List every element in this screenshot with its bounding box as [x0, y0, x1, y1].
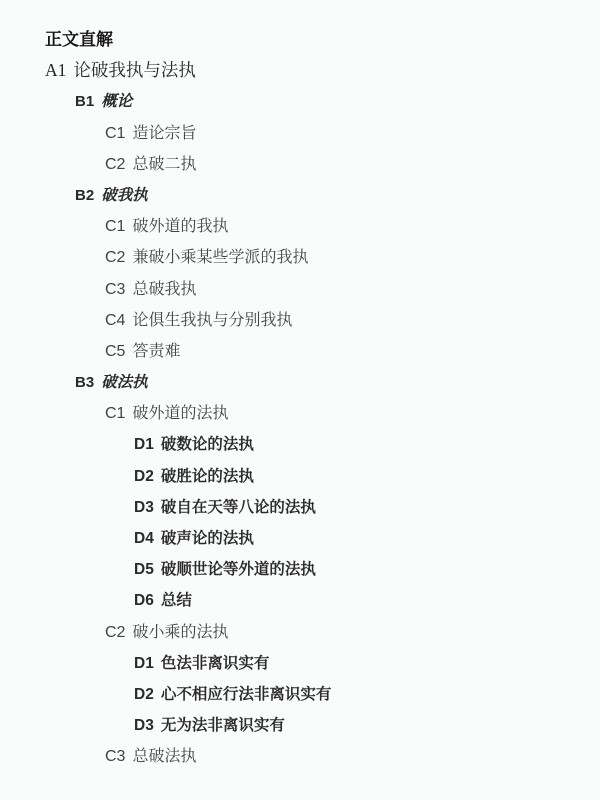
outline-item-label: 总破法执 [132, 748, 196, 765]
outline-item-code: D5 [134, 561, 154, 578]
outline-item-label: 无为法非离识实有 [161, 717, 285, 734]
outline-item-label: 破小乘的法执 [132, 624, 228, 641]
outline-item-label: 破顺世论等外道的法执 [161, 561, 316, 578]
outline-item: D3破自在天等八论的法执 [0, 492, 600, 523]
outline-item-code: C3 [105, 748, 125, 765]
outline-item: C3总破我执 [0, 274, 600, 305]
outline-item: C1破外道的法执 [0, 398, 600, 429]
outline-item-code: C4 [105, 312, 125, 329]
outline-item: B2破我执 [0, 180, 600, 211]
outline-item-code: D3 [134, 499, 154, 516]
outline-item-code: D2 [134, 686, 154, 703]
outline-item: C1破外道的我执 [0, 211, 600, 242]
outline-item-code: D1 [134, 436, 154, 453]
outline-item-label: 破声论的法执 [161, 530, 254, 547]
outline-item-label: 破外道的法执 [132, 405, 228, 422]
outline-item-label: 答责难 [132, 343, 180, 360]
outline-item: C3总破法执 [0, 741, 600, 772]
outline-item-label: 总结 [161, 592, 192, 609]
outline-item: C5答责难 [0, 336, 600, 367]
outline-item-code: B3 [75, 374, 94, 391]
outline-item-label: 破数论的法执 [161, 436, 254, 453]
outline-item-code: C5 [105, 343, 125, 360]
outline-item-code: D4 [134, 530, 154, 547]
outline-item-label: 总破我执 [132, 281, 196, 298]
document-page: 正文直解 A1论破我执与法执 B1概论 C1造论宗旨 C2总破二执 B2破我执 … [0, 0, 600, 800]
outline-item-code: D3 [134, 717, 154, 734]
outline-item: B1概论 [0, 86, 600, 117]
outline-item: C2总破二执 [0, 149, 600, 180]
outline-item-code: D1 [134, 655, 154, 672]
outline-item-label: 破法执 [101, 374, 148, 391]
outline-item: D2破胜论的法执 [0, 461, 600, 492]
outline-item-label: 总破二执 [132, 156, 196, 173]
outline-item-code: C2 [105, 249, 125, 266]
outline-item-label: 论破我执与法执 [73, 60, 196, 80]
outline-item-label: 心不相应行法非离识实有 [161, 686, 332, 703]
outline-item: D5破顺世论等外道的法执 [0, 554, 600, 585]
outline-item-code: C1 [105, 218, 125, 235]
outline-item: C2兼破小乘某些学派的我执 [0, 242, 600, 273]
outline-item: D3无为法非离识实有 [0, 710, 600, 741]
outline-item: C1造论宗旨 [0, 118, 600, 149]
outline-item-label: 论俱生我执与分别我执 [132, 312, 292, 329]
outline-item: C4论俱生我执与分别我执 [0, 305, 600, 336]
outline-item-label: 破外道的我执 [132, 218, 228, 235]
outline-item-code: B1 [75, 93, 94, 110]
outline-item: A1论破我执与法执 [0, 55, 600, 86]
outline-item-label: 色法非离识实有 [161, 655, 270, 672]
outline-item-code: A1 [45, 60, 66, 80]
outline-item-label: 破自在天等八论的法执 [161, 499, 316, 516]
outline-item-code: B2 [75, 187, 94, 204]
outline-item: D4破声论的法执 [0, 523, 600, 554]
outline-item: C2破小乘的法执 [0, 617, 600, 648]
outline-item-label: 兼破小乘某些学派的我执 [132, 249, 308, 266]
outline-item: D6总结 [0, 585, 600, 616]
outline-item: D2心不相应行法非离识实有 [0, 679, 600, 710]
outline-item-code: C2 [105, 156, 125, 173]
outline-item: D1破数论的法执 [0, 429, 600, 460]
outline-item-code: C2 [105, 624, 125, 641]
outline-item-code: C1 [105, 405, 125, 422]
outline-item: D1色法非离识实有 [0, 648, 600, 679]
outline-item: B3破法执 [0, 367, 600, 398]
outline-item-code: D2 [134, 468, 154, 485]
page-title: 正文直解 [0, 24, 600, 55]
outline-item-label: 破胜论的法执 [161, 468, 254, 485]
outline-item-code: C1 [105, 125, 125, 142]
outline-item-code: C3 [105, 281, 125, 298]
outline-item-label: 造论宗旨 [132, 125, 196, 142]
outline-item-label: 破我执 [101, 187, 148, 204]
outline-item-label: 概论 [101, 93, 132, 110]
outline-item-code: D6 [134, 592, 154, 609]
